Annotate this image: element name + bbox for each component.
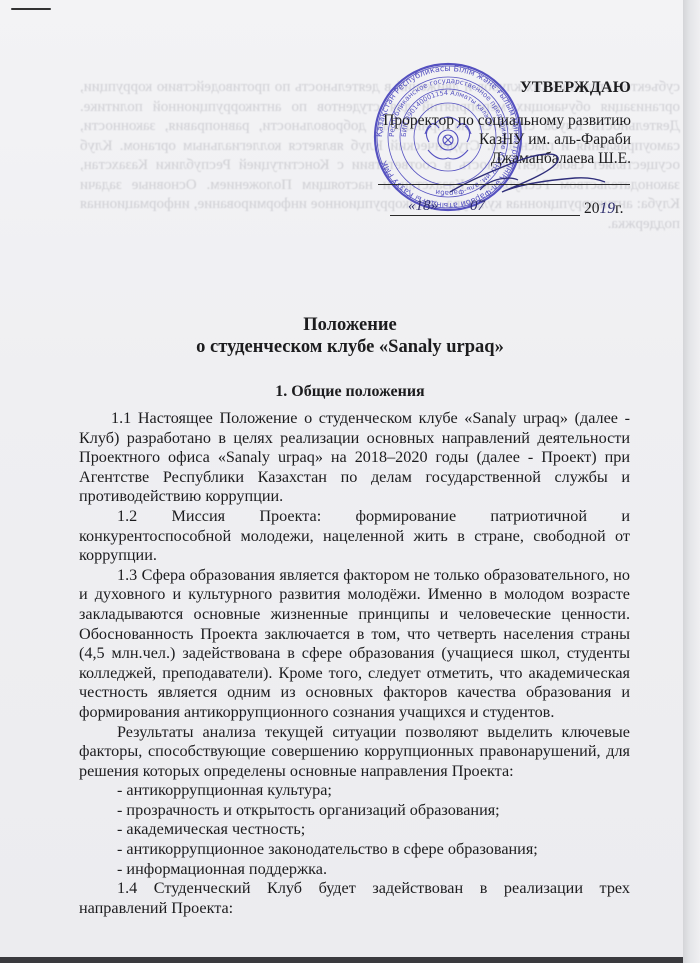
approval-heading: УТВЕРЖДАЮ <box>301 78 631 97</box>
paragraph-1-3: 1.3 Сфера образования является фактором … <box>79 566 630 723</box>
title-line-2: о студенческом клубе «Sanaly urpaq» <box>0 336 683 358</box>
list-item: - антикоррупционное законодательство в с… <box>117 840 630 860</box>
title-line-1: Положение <box>0 314 683 336</box>
document-body: 1.1 Настоящее Положение о студенческом к… <box>79 407 630 918</box>
date-line <box>390 215 580 216</box>
scanned-page: субъектов студенческих клубов и движений… <box>0 0 683 958</box>
paragraph-1-1: 1.1 Настоящее Положение о студенческом к… <box>79 409 630 507</box>
scan-mark <box>11 8 51 10</box>
scan-bottom-border <box>0 957 683 963</box>
paragraph-1-2: 1.2 Миссия Проекта: формирование патриот… <box>79 507 630 566</box>
year-suffix: г. <box>615 200 623 217</box>
approver-organization: КазНУ им. аль-Фараби <box>301 130 631 149</box>
approval-date-month: 07 <box>470 198 485 215</box>
list-item: - академическая честность; <box>117 820 630 840</box>
paragraph-results: Результаты анализа текущей ситуации позв… <box>79 723 630 782</box>
directions-list: - антикоррупционная культура; - прозрачн… <box>79 781 630 879</box>
signature-icon <box>440 150 610 200</box>
document-title: Положение о студенческом клубе «Sanaly u… <box>0 314 683 358</box>
list-item: - антикоррупционная культура; <box>117 781 630 801</box>
approver-position: Проректор по социальному развитию <box>301 111 631 130</box>
signature-line <box>378 184 630 185</box>
year-handwritten: 19 <box>600 200 616 217</box>
year-prefix: 20 <box>584 200 600 217</box>
approval-date-year: 2019г. <box>584 200 623 218</box>
list-item: - прозрачность и открытость организаций … <box>117 801 630 821</box>
paragraph-1-4: 1.4 Студенческий Клуб будет задействован… <box>79 879 630 918</box>
list-item: - информационная поддержка. <box>117 860 630 880</box>
approval-date-day: «18» <box>408 198 438 215</box>
section-heading: 1. Общие положения <box>0 383 683 401</box>
scan-edge-shadow <box>683 0 700 963</box>
